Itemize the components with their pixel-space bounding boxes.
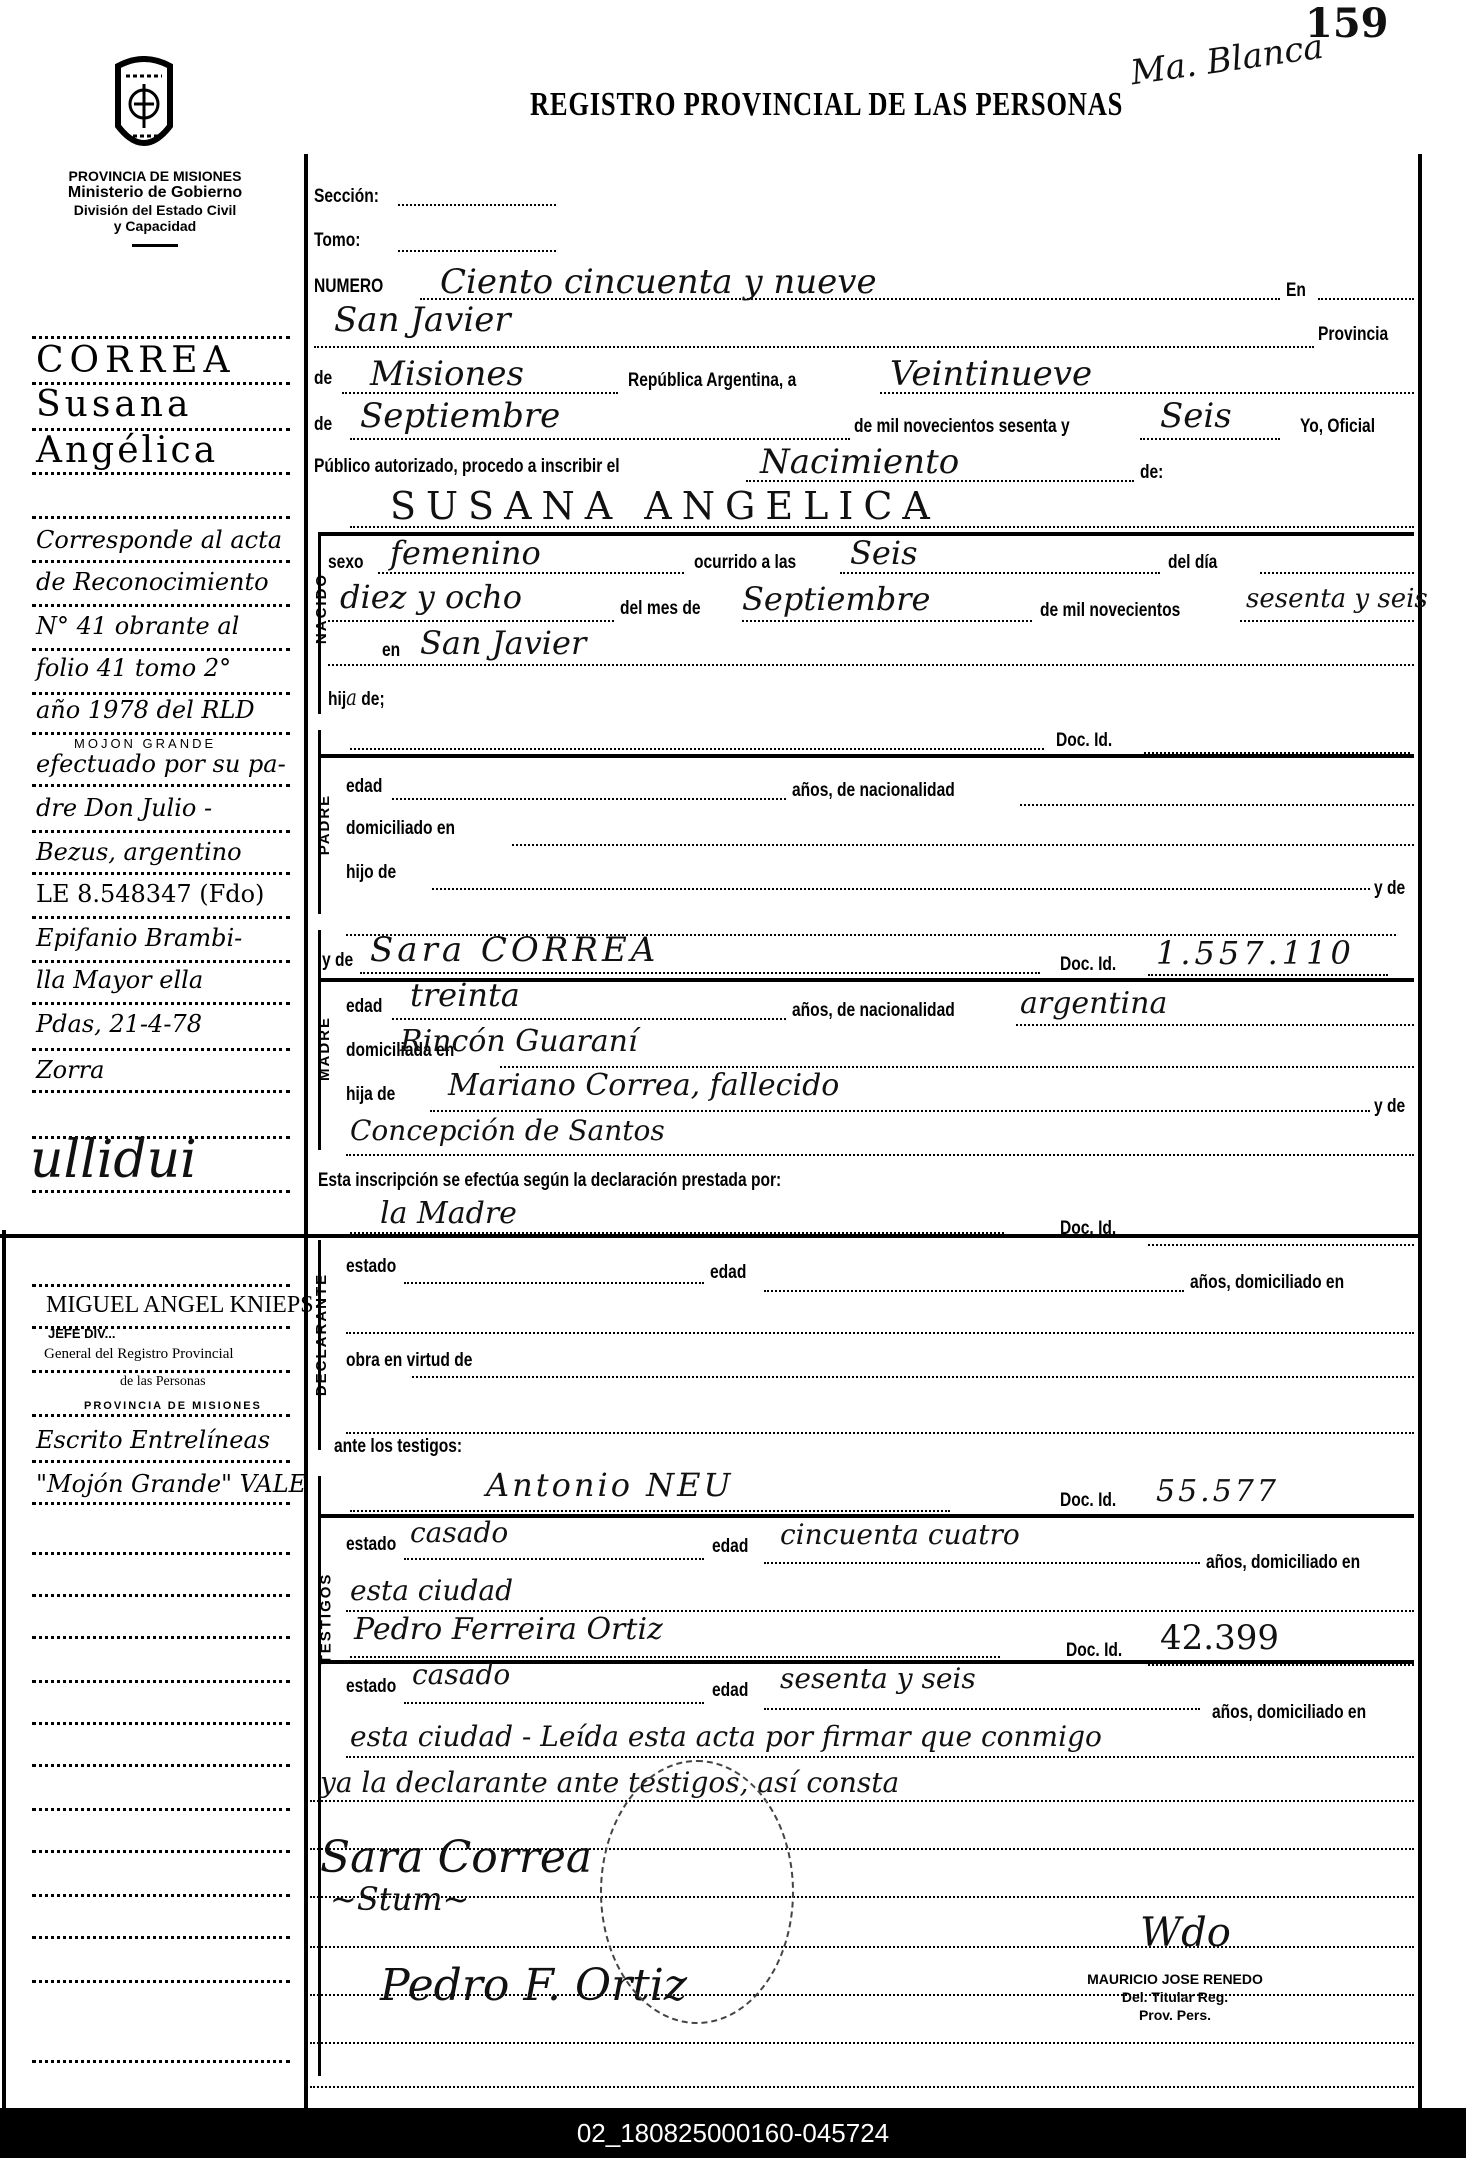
provincia-value: Misiones: [370, 354, 524, 394]
margin-note-6: dre Don Julio -: [36, 794, 212, 822]
hora-value: Seis: [850, 534, 918, 572]
margin-blank-rule-8: [32, 1894, 290, 1897]
agency-division: División del Estado Civil: [20, 202, 290, 218]
hijo-suffix: a: [346, 686, 357, 711]
closing-field-1[interactable]: [346, 1756, 1414, 1758]
del-dia-label: del día: [1168, 552, 1217, 574]
declarante-edad-label: edad: [710, 1262, 746, 1284]
anio-field[interactable]: [1140, 438, 1280, 440]
margin-note-rule-11: [32, 1048, 290, 1051]
testigo1-estado: casado: [410, 1516, 508, 1549]
testigo1-dom: esta ciudad: [350, 1574, 513, 1607]
margin-surname: CORREA: [36, 340, 236, 381]
testigo2-name: Pedro Ferreira Ortiz: [354, 1612, 663, 1647]
stamp-line-4: de las Personas: [120, 1374, 206, 1390]
padre-doc-label: Doc. Id.: [1056, 730, 1112, 752]
oficial-label: Yo, Oficial: [1300, 416, 1375, 438]
margin-note-5: efectuado por su pa-: [36, 750, 286, 778]
dia-value: Veintinueve: [890, 354, 1092, 394]
madre-edad-field[interactable]: [392, 1018, 786, 1020]
official-name: MAURICIO JOSE RENEDO: [1060, 1970, 1290, 1988]
signature-line-3[interactable]: [310, 1946, 1414, 1948]
closing-line-1: esta ciudad - Leída esta acta por firmar…: [350, 1720, 1102, 1753]
margin-erratum-1: Escrito Entrelíneas: [36, 1426, 270, 1454]
hijo-prefix: hij: [328, 689, 346, 710]
signature-line-2[interactable]: [310, 1896, 1414, 1898]
margin-note-rule-6: [32, 830, 290, 833]
padre-edad-label: edad: [346, 776, 382, 798]
margin-rule-4: [32, 516, 290, 519]
margin-erratum-rule-1: [32, 1460, 290, 1463]
image-id-footer: 02_180825000160-045724: [0, 2108, 1466, 2158]
frame-right: [1418, 154, 1422, 2108]
margin-note-rule-12: [32, 1090, 290, 1093]
margin-given-1: Susana: [36, 384, 192, 425]
dia-nac-field-2[interactable]: [328, 620, 614, 622]
novecientos-label: de mil novecientos: [1040, 600, 1180, 622]
declarante-obra-field[interactable]: [412, 1376, 1414, 1378]
madre-hija-value: Mariano Correa, fallecido: [448, 1068, 839, 1103]
margin-rule-0: [32, 336, 290, 339]
madre-nac-label: años, de nacionalidad: [792, 1000, 955, 1022]
madre-nombre-value: Sara CORREA: [370, 930, 659, 970]
declarante-por-value: la Madre: [380, 1196, 517, 1231]
anio-nac-field[interactable]: [1240, 620, 1414, 622]
padre-nombre-field[interactable]: [350, 748, 1044, 750]
closing-line-2: ya la declarante ante testigos, así cons…: [320, 1766, 899, 1799]
madre-hija-label: hija de: [346, 1084, 395, 1106]
agency-capacity: y Capacidad: [20, 218, 290, 234]
margin-note-7: Bezus, argentino: [36, 838, 242, 866]
testigo2-dom-label: años, domiciliado en: [1212, 1702, 1366, 1724]
madre-edad-value: treinta: [410, 976, 520, 1014]
declarante-obra-field-2[interactable]: [346, 1432, 1414, 1434]
testigo1-name-field[interactable]: [350, 1510, 950, 1512]
testigos-intro: ante los testigos:: [334, 1436, 462, 1458]
madre-doc-label: Doc. Id.: [1060, 954, 1116, 976]
margin-note-2: N° 41 obrante al: [36, 612, 239, 640]
margin-note-8: LE 8.548347 (Fdo): [36, 880, 264, 908]
testigo1-doc: 55.577: [1156, 1474, 1279, 1509]
margin-rule-3: [32, 472, 290, 475]
declarante-intro: Esta inscripción se efectúa según la dec…: [318, 1170, 781, 1192]
margin-note-11: Pdas, 21-4-78: [36, 1010, 202, 1038]
nombre-value: SUSANA ANGELICA: [390, 484, 940, 528]
declarante-dom-label: años, domiciliado en: [1190, 1272, 1344, 1294]
margin-note-12: Zorra: [36, 1056, 104, 1084]
madre-doc-field[interactable]: [1148, 974, 1388, 976]
padre-yde-label: y de: [1374, 878, 1405, 900]
testigo1-name: Antonio NEU: [486, 1466, 733, 1504]
nacido-tag: NACIDO: [313, 573, 330, 644]
agency-ministry: Ministerio de Gobierno: [20, 184, 290, 202]
margin-note-rule-10: [32, 1002, 290, 1005]
madre-edad-label: edad: [346, 996, 382, 1018]
hora-field[interactable]: [840, 572, 1160, 574]
official-office: Prov. Pers.: [1060, 2006, 1290, 2024]
margin-blank-rule-4: [32, 1722, 290, 1725]
frame-left: [304, 154, 308, 2108]
page-left-edge: [2, 1230, 6, 2108]
padre-edad-field[interactable]: [392, 798, 786, 800]
official-signature: Wdo: [1140, 1910, 1231, 1956]
declarante-obra-label: obra en virtud de: [346, 1350, 472, 1372]
margin-note-9: Epifanio Brambi-: [36, 924, 242, 952]
testigo2-estado-field[interactable]: [404, 1702, 704, 1704]
anio-label: de mil novecientos sesenta y: [854, 416, 1070, 438]
tomo-field[interactable]: [398, 250, 556, 252]
en-nac-label: en: [382, 640, 400, 662]
testigo2-doc-field[interactable]: [1148, 1664, 1414, 1666]
margin-note-rule-2: [32, 648, 290, 651]
madre-yde2-label: y de: [1374, 1096, 1405, 1118]
coat-of-arms-icon: [112, 56, 176, 160]
frame-declarante-line: [0, 1234, 1420, 1238]
mes-nac-field[interactable]: [742, 620, 1032, 622]
padre-tag: PADRE: [316, 794, 333, 855]
padre-dom-label: domiciliado en: [346, 818, 455, 840]
testigo2-edad-field[interactable]: [764, 1708, 1200, 1710]
official-seal-circle: [600, 1760, 794, 2024]
margin-note-rule-8: [32, 916, 290, 919]
testigo1-doc-label: Doc. Id.: [1060, 1490, 1116, 1512]
declarante-dom-field[interactable]: [346, 1332, 1414, 1334]
margin-note-3: folio 41 tomo 2°: [36, 654, 231, 682]
testigo1-edad-label: edad: [712, 1536, 748, 1558]
de-label: de: [314, 368, 332, 390]
en-field[interactable]: [1318, 298, 1414, 300]
margin-note-rule-5: [32, 784, 290, 787]
signature-sara-correa: Sara Correa: [320, 1832, 592, 1883]
stamp-line-5: PROVINCIA DE MISIONES: [84, 1400, 262, 1412]
margin-stamp-rule-0: [32, 1284, 290, 1287]
lugar-nac-value: San Javier: [420, 624, 586, 662]
signature-line-6[interactable]: [310, 2086, 1414, 2088]
testigos-tag: TESTIGOS: [317, 1573, 334, 1665]
madre-madre2-field[interactable]: [346, 1154, 1414, 1156]
signature-line-5[interactable]: [310, 2042, 1414, 2044]
closing-field-2[interactable]: [310, 1800, 1414, 1802]
ocurrido-label: ocurrido a las: [694, 552, 796, 574]
anio-nac-value: sesenta y seis: [1246, 584, 1428, 614]
stamp-line-2: JEFE DIV...: [48, 1326, 115, 1341]
margin-stamp-rule-2: [32, 1370, 290, 1373]
testigo1-edad-field[interactable]: [764, 1562, 1200, 1564]
testigo1-edad: cincuenta cuatro: [780, 1518, 1020, 1551]
seccion-field[interactable]: [398, 204, 556, 206]
padre-dom-field[interactable]: [512, 844, 1414, 846]
madre-nac-value: argentina: [1020, 986, 1167, 1021]
margin-given-2: Angélica: [36, 430, 218, 471]
declarante-edad-field[interactable]: [764, 1290, 1184, 1292]
stamp-line-3: General del Registro Provincial: [44, 1346, 234, 1363]
margin-note-0: Corresponde al acta: [36, 526, 282, 554]
dia-nac-field[interactable]: [1260, 572, 1414, 574]
mes-field[interactable]: [350, 438, 850, 440]
madre-dom-value: Rincón Guaraní: [400, 1024, 638, 1059]
hijo-label: hija de;: [328, 686, 385, 711]
sexo-value: femenino: [390, 534, 541, 572]
declarante-estado-label: estado: [346, 1256, 396, 1278]
margin-note-rule-3: [32, 692, 290, 695]
declarante-por-field[interactable]: [350, 1232, 1004, 1234]
testigo1-estado-label: estado: [346, 1534, 396, 1556]
testigo2-doc-label: Doc. Id.: [1066, 1640, 1122, 1662]
margin-blank-rule-6: [32, 1808, 290, 1811]
margin-blank-rule-3: [32, 1680, 290, 1683]
madre-madre2-value: Concepción de Santos: [350, 1114, 665, 1147]
sexo-label: sexo: [328, 552, 364, 574]
dia-nac-value: diez y ocho: [340, 578, 522, 616]
margin-stamp-rule-3: [32, 1414, 290, 1417]
margin-erratum-2: "Mojón Grande" VALE: [36, 1470, 306, 1498]
margin-note-insert: MOJON GRANDE: [74, 736, 216, 751]
margin-note-rule-4: [32, 732, 290, 735]
testigo1-dom-label: años, domiciliado en: [1206, 1552, 1360, 1574]
stamp-name: MIGUEL ANGEL KNIEPS: [46, 1292, 314, 1319]
margin-signature: ullidui: [30, 1130, 197, 1190]
margin-note-rule-7: [32, 872, 290, 875]
agency-province: PROVINCIA DE MISIONES: [20, 168, 290, 184]
de3-label: de:: [1140, 462, 1163, 484]
numero-label: NUMERO: [314, 276, 383, 298]
padre-hijo-label: hijo de: [346, 862, 396, 884]
margin-blank-rule-9: [32, 1936, 290, 1939]
margin-blank-rule-1: [32, 1594, 290, 1597]
madre-yde-label: y de: [322, 950, 353, 972]
declarante-tag: DECLARANTE: [313, 1273, 330, 1396]
mes-nac-value: Septiembre: [742, 580, 930, 618]
madre-doc-value: 1.557.110: [1156, 934, 1355, 972]
republica-label: República Argentina, a: [628, 370, 796, 392]
padre-nac-field[interactable]: [1020, 804, 1414, 806]
padre-nac-label: años, de nacionalidad: [792, 780, 955, 802]
publico-label: Público autorizado, procedo a inscribir …: [314, 456, 620, 478]
testigo2-doc: 42.399: [1160, 1618, 1279, 1658]
en-value: San Javier: [334, 300, 511, 340]
testigo2-estado-label: estado: [346, 1676, 396, 1698]
mes-value: Septiembre: [360, 396, 560, 436]
padre-hijo-field[interactable]: [432, 888, 1370, 890]
margin-note-10: lla Mayor ella: [36, 966, 203, 994]
anio-value: Seis: [1160, 396, 1232, 436]
margin-note-1: de Reconocimiento: [36, 568, 269, 596]
declarante-doc-field[interactable]: [1148, 1244, 1414, 1246]
madre-hija-field[interactable]: [430, 1110, 1370, 1112]
declarante-estado-field[interactable]: [404, 1282, 704, 1284]
header-signature: Ma. Blanca: [1128, 27, 1326, 94]
margin-note-4: año 1978 del RLD: [36, 696, 255, 724]
madre-tag: MADRE: [316, 1016, 333, 1081]
margin-blank-rule-0: [32, 1552, 290, 1555]
page-title: REGISTRO PROVINCIAL DE LAS PERSONAS: [530, 86, 1123, 124]
margin-blank-rule-10: [32, 1980, 290, 1983]
declarante-doc-label: Doc. Id.: [1060, 1218, 1116, 1240]
sexo-field[interactable]: [378, 572, 684, 574]
margin-note-rule-0: [32, 560, 290, 563]
divider: [132, 244, 178, 247]
del-mes-label: del mes de: [620, 598, 701, 620]
lugar-nac-field[interactable]: [328, 664, 1414, 666]
testigo2-edad-label: edad: [712, 1680, 748, 1702]
en-label: En: [1286, 280, 1306, 302]
signature-scribble: ~Stum~: [330, 1880, 469, 1918]
de2-label: de: [314, 414, 332, 436]
testigo2-edad: sesenta y seis: [780, 1662, 976, 1695]
margin-blank-rule-2: [32, 1636, 290, 1639]
testigo2-estado: casado: [412, 1658, 510, 1691]
lugar-field[interactable]: [314, 346, 1314, 348]
madre-nac-field[interactable]: [1016, 1024, 1414, 1026]
margin-note-rule-14: [32, 1190, 290, 1193]
margin-erratum-rule-2: [32, 1502, 290, 1505]
testigo1-estado-field[interactable]: [404, 1558, 704, 1560]
margin-blank-rule-11: [32, 2060, 290, 2063]
margin-note-rule-1: [32, 604, 290, 607]
official-title: Del. Titular Reg.: [1060, 1988, 1290, 2006]
margin-note-rule-9: [32, 960, 290, 963]
tomo-label: Tomo:: [314, 230, 360, 252]
madre-nombre-field[interactable]: [360, 972, 1040, 974]
acto-value: Nacimiento: [760, 442, 959, 482]
margin-blank-rule-5: [32, 1764, 290, 1767]
padre-rule: [320, 754, 1414, 758]
hijo-de: de;: [361, 689, 384, 710]
provincia-label: Provincia: [1318, 324, 1388, 346]
margin-blank-rule-7: [32, 1850, 290, 1853]
seccion-label: Sección:: [314, 186, 379, 208]
numero-value: Ciento cincuenta y nueve: [440, 262, 877, 302]
